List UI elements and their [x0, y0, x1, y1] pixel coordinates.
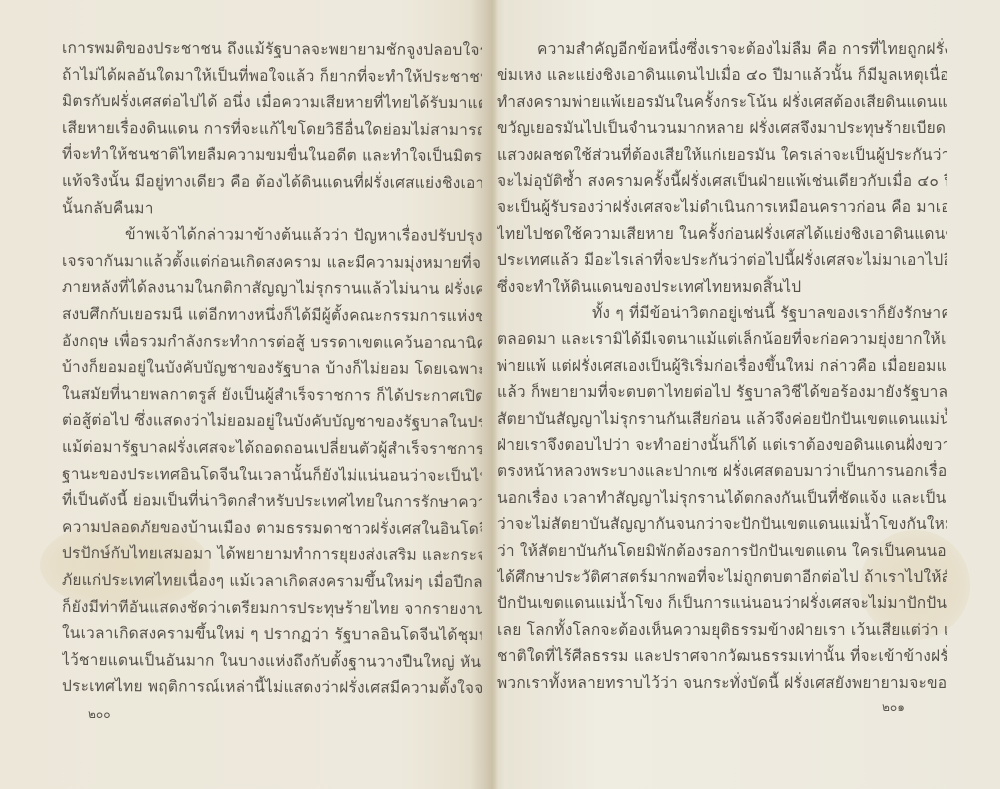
text-line: ไว้ชายแดนเป็นอันมาก ในบางแห่งถึงกับตั้งฐ… [62, 647, 482, 674]
text-line: สงบศึกกับเยอรมนี แต่อีกทางหนึ่งก็ได้มีผู… [62, 301, 482, 328]
text-line: ปักปันเขตแดนแม่น้ำโขง ก็เป็นการแน่นอนว่า… [497, 590, 947, 615]
book-spread: เการพมติของประชาชน ถึงแม้รัฐบาลจะพยายามช… [0, 0, 1000, 789]
text-line: ต่อสู้ต่อไป ซึ่งแสดงว่าไม่ยอมอยู่ในบังคั… [62, 407, 482, 434]
text-line: ว่าจะไม่สัตยาบันสัญญากันจนกว่าจะปักปันเข… [497, 511, 947, 536]
text-line: เสียหายเรื่องดินแดน การที่จะแก้ไขโดยวิธี… [62, 115, 482, 142]
text-line: ความสำคัญอีกข้อหนึ่งซึ่งเราจะต้องไม่ลืม … [537, 36, 947, 61]
text-line: พ่ายแพ้ แต่ฝรั่งเศสเองเป็นผู้ริเริ่มก่อเ… [497, 353, 947, 378]
text-line: ไทยไปชดใช้ความเสียหาย ในครั้งก่อนฝรั่งเศ… [497, 221, 947, 246]
text-line: ในสมัยที่นายพลกาตรูส์ ยังเป็นผู้สำเร็จรา… [62, 381, 482, 408]
text-line: แสวงผลชดใช้ส่วนที่ต้องเสียให้แก่เยอรมัน … [497, 142, 947, 167]
text-line: อังกฤษ เพื่อรวมกำลังกระทำการต่อสู้ บรรดา… [62, 327, 482, 354]
text-line: สัตยาบันสัญญาไม่รุกรานกันเสียก่อน แล้วจึ… [497, 406, 947, 431]
text-line: ภัยแก่ประเทศไทยเนื่องๆ แม้เวลาเกิดสงคราม… [62, 567, 482, 594]
text-line: ว่า ให้สัตยาบันกันโดยมิพักต้องรอการปักปั… [497, 538, 947, 563]
text-line: ขวัญเยอรมันไปเป็นจำนวนมากหลาย ฝรั่งเศสจึ… [497, 115, 947, 140]
left-page: เการพมติของประชาชน ถึงแม้รัฐบาลจะพยายามช… [0, 0, 488, 789]
text-line: แล้ว ก็พยายามที่จะตบตาไทยต่อไป รัฐบาลวิช… [497, 379, 947, 404]
right-page: ความสำคัญอีกข้อหนึ่งซึ่งเราจะต้องไม่ลืม … [492, 0, 1000, 789]
text-line: ทั้ง ๆ ที่มีข้อน่าวิตกอยู่เช่นนี้ รัฐบาล… [592, 300, 947, 325]
text-line: บ้างก็ยอมอยู่ในบังคับบัญชาของรัฐบาล บ้าง… [62, 354, 482, 381]
text-line: ตลอดมา และเรามิได้มีเจตนาแม้แต่เล็กน้อยท… [497, 326, 947, 351]
text-line: นอกเรื่อง เวลาทำสัญญาไม่รุกรานได้ตกลงกัน… [497, 485, 947, 510]
text-line: ที่เป็นดังนี้ ย่อมเป็นที่น่าวิตกสำหรับปร… [62, 487, 482, 514]
text-line: ข้าพเจ้าได้กล่าวมาข้างต้นแล้วว่า ปัญหาเร… [125, 221, 482, 248]
text-line: มิตรกับฝรั่งเศสต่อไปได้ อนึ่ง เมื่อความเ… [62, 88, 482, 115]
text-line: ตรงหน้าหลวงพระบางและปากเซ ฝรั่งเศสตอบมาว… [497, 458, 947, 483]
text-line: ซึ่งจะทำให้ดินแดนของประเทศไทยหมดสิ้นไป [497, 274, 947, 299]
text-line: ที่จะทำให้ชนชาติไทยลืมความขมขื่นในอดีต แ… [62, 141, 482, 168]
text-line: เลย โลกทั้งโลกจะต้องเห็นความยุติธรรมข้าง… [497, 617, 947, 642]
text-line: ฝ่ายเราจึงตอบไปว่า จะทำอย่างนั้นก็ได้ แต… [497, 432, 947, 457]
text-line: ความปลอดภัยของบ้านเมือง ตามธรรมดาชาวฝรั่… [62, 514, 482, 541]
text-line: ข่มเหง และแย่งชิงเอาดินแดนไปเมื่อ ๔๐ ปีม… [497, 62, 947, 87]
text-line: ฐานะของประเทศอินโดจีนในเวลานั้นก็ยังไม่แ… [62, 460, 482, 487]
text-line: แม้ต่อมารัฐบาลฝรั่งเศสจะได้ถอดถอนเปลี่ยน… [62, 434, 482, 461]
text-line: เจรจากันมาแล้วตั้งแต่ก่อนเกิดสงคราม และม… [62, 248, 482, 275]
text-line: เการพมติของประชาชน ถึงแม้รัฐบาลจะพยายามช… [62, 35, 482, 62]
text-line: นั้นกลับคืนมา [62, 194, 482, 221]
text-line: ปรปักษ์กับไทยเสมอมา ได้พยายามทำการยุยงส่… [62, 540, 482, 567]
text-line: ทำสงครามพ่ายแพ้เยอรมันในครั้งกระโน้น ฝรั… [497, 89, 947, 114]
text-line: จะเป็นผู้รับรองว่าฝรั่งเศสจะไม่ดำเนินการ… [497, 194, 947, 219]
text-line: ได้ศึกษาประวัติศาสตร์มากพอที่จะไม่ถูกตบต… [497, 564, 947, 589]
page-number-left: ๒๐๐ [88, 705, 111, 724]
text-line: ประเทศแล้ว มีอะไรเล่าที่จะประกันว่าต่อไป… [497, 247, 947, 272]
text-line: ภายหลังที่ได้ลงนามในกติกาสัญญาไม่รุกรานแ… [62, 274, 482, 301]
text-line: ประเทศไทย พฤติการณ์เหล่านี้ไม่แสดงว่าฝรั… [62, 673, 482, 700]
text-line: ก็ยังมีท่าทีอันแสดงชัดว่าเตรียมการประทุษ… [62, 593, 482, 620]
text-line: ถ้าไม่ได้ผลอันใดมาให้เป็นที่พอใจแล้ว ก็ย… [62, 61, 482, 88]
text-line: ชาติใดที่ไร้ศีลธรรม และปราศจากวัฒนธรรมเท… [497, 643, 947, 668]
text-line: พวกเราทั้งหลายทราบไว้ว่า จนกระทั่งบัดนี้… [497, 670, 947, 695]
text-line: จะไม่อุบัติซ้ำ สงครามครั้งนี้ฝรั่งเศสเป็… [497, 168, 947, 193]
text-line: ในเวลาเกิดสงครามขึ้นใหม่ ๆ ปรากฏว่า รัฐบ… [62, 620, 482, 647]
text-line: แท้จริงนั้น มีอยู่ทางเดียว คือ ต้องได้ดิ… [62, 168, 482, 195]
page-number-right: ๒๐๑ [882, 698, 905, 717]
